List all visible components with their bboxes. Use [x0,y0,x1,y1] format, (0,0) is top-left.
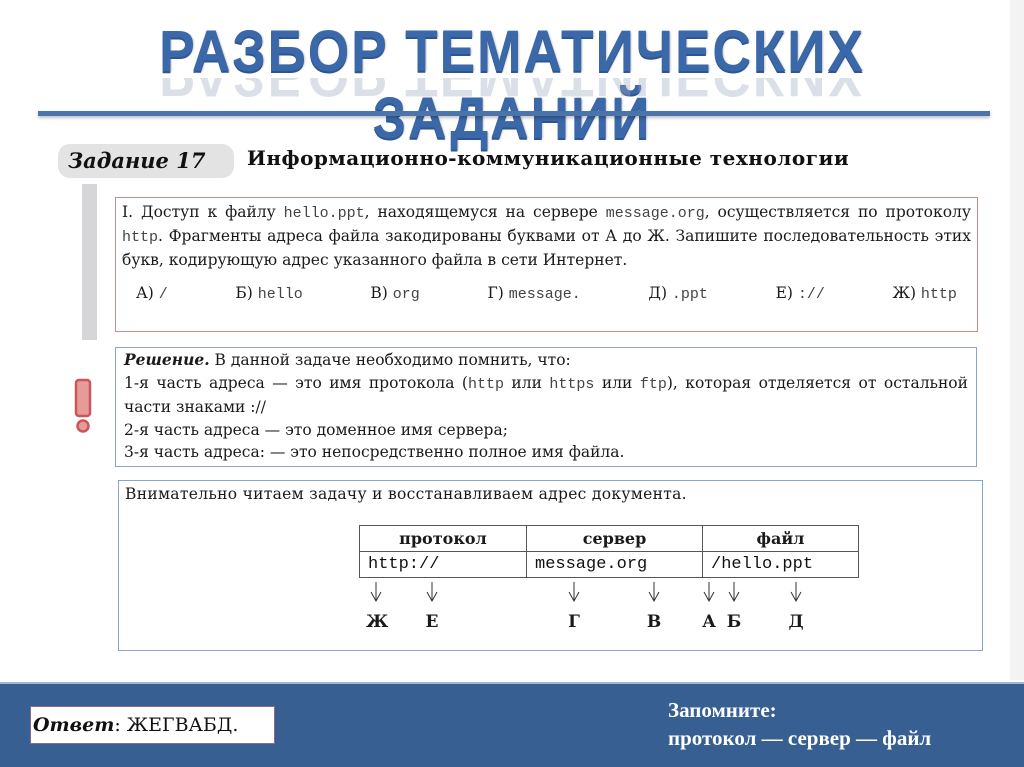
option-item: Ж) http [893,282,957,306]
option-letter: Д) [648,284,672,302]
slide-edge [1010,0,1024,680]
line1-part: или [504,374,549,392]
problem-number: I. [122,203,133,221]
footer-bar: Ответ: ЖЕГВАБД. Запомните: протокол — се… [0,682,1024,767]
answer-value: : ЖЕГВАБД. [114,714,238,736]
solution-line-3: 3-я часть адреса: — это непосредственно … [124,441,968,464]
option-letter: Б) [235,284,257,302]
remember-title: Запомните: [668,696,931,724]
option-value: / [159,286,168,303]
solution-box: Решение. В данной задаче необходимо помн… [115,347,977,467]
code-fragment: hello.ppt [284,205,365,222]
option-letter: Г) [487,284,508,302]
down-arrow-icon [648,582,660,602]
option-item: В) org [370,282,419,306]
down-arrow-icon [568,582,580,602]
problem-text: I. Доступ к файлу hello.ppt, находящемус… [122,201,971,272]
code-letter: А [699,612,719,632]
reconstruction-box: Внимательно читаем задачу и восстанавлив… [118,480,983,651]
remember-text: протокол — сервер — файл [668,724,931,752]
solution-line-1: 1-я часть адреса — это имя протокола (ht… [124,372,968,419]
protocol-http: http [468,376,504,393]
down-arrow-icon [728,582,740,602]
header-server: сервер [527,526,703,552]
option-item: Г) message. [487,282,580,306]
problem-box: I. Доступ к файлу hello.ppt, находящемус… [115,197,978,332]
option-letter: В) [370,284,392,302]
option-letter: Е) [776,284,798,302]
down-arrow-icon [790,582,802,602]
address-table-row: http:// message.org /hello.ppt [360,552,859,578]
code-fragment: message.org [606,205,705,222]
problem-text-fragment: . Фрагменты адреса файла закодированы бу… [122,227,971,269]
page-title-reflection: РАЗБОР ТЕМАТИЧЕСКИХ ЗАДАНИЙ [41,78,983,104]
solution-intro: Решение. В данной задаче необходимо помн… [124,349,968,372]
code-letter: Д [786,612,806,632]
value-protocol: http:// [360,552,527,578]
option-letter: Ж) [893,284,921,302]
option-value: hello [258,286,303,303]
exclamation-icon [70,378,96,434]
down-arrow-icon [370,582,382,602]
code-letter: Г [564,612,584,632]
value-file: /hello.ppt [703,552,859,578]
solution-lead: Решение. [124,350,210,369]
value-server: message.org [527,552,703,578]
protocol-https: https [549,376,594,393]
remember-note: Запомните: протокол — сервер — файл [668,696,931,752]
option-value: org [393,286,420,303]
option-value: .ppt [672,286,708,303]
line1-part: 1-я часть адреса — это имя протокола ( [124,374,468,392]
solution-intro-text: В данной задаче необходимо помнить, что: [210,351,571,369]
option-value: message. [509,286,581,303]
answer-box: Ответ: ЖЕГВАБД. [30,706,275,744]
answer-label: Ответ [33,714,114,736]
option-item: Е) :// [776,282,825,306]
title-rule [38,111,990,116]
reconstruction-intro: Внимательно читаем задачу и восстанавлив… [125,485,687,503]
answer-options: А) /Б) helloВ) orgГ) message.Д) .pptЕ) :… [122,282,971,306]
problem-text-fragment: Доступ к файлу [141,203,284,221]
solution-line-2: 2-я часть адреса — это доменное имя серв… [124,419,968,442]
option-item: Б) hello [235,282,302,306]
protocol-ftp: ftp [640,376,667,393]
down-arrow-icon [426,582,438,602]
line1-part: или [594,374,639,392]
code-letter: Е [422,612,442,632]
option-item: А) / [136,282,168,306]
address-table: протокол сервер файл http:// message.org… [359,525,859,578]
code-letter: В [644,612,664,632]
down-arrow-icon [703,582,715,602]
header-protocol: протокол [360,526,527,552]
task-badge: Задание 17 [58,144,234,178]
address-table-header: протокол сервер файл [360,526,859,552]
grey-sidebar-bar [82,184,97,340]
code-letter: Ж [366,612,386,632]
option-value: http [921,286,957,303]
code-letter: Б [724,612,744,632]
problem-text-fragment: , осуществляется по протоколу [705,203,971,221]
header-file: файл [703,526,859,552]
option-letter: А) [136,284,159,302]
option-value: :// [798,286,825,303]
code-fragment: http [122,229,158,246]
task-topic: Информационно-коммуникационные технологи… [247,146,849,170]
option-item: Д) .ppt [648,282,708,306]
problem-text-fragment: , находящемуся на сервере [365,203,606,221]
